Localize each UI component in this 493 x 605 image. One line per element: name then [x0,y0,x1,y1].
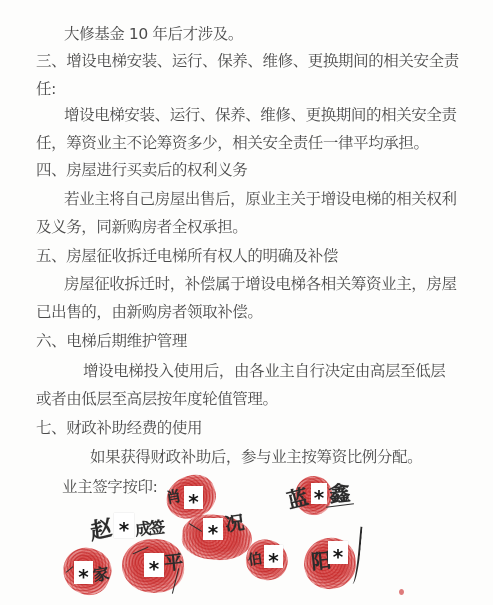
doc-line-clause5-body1: 房屋征收拆迁时，补偿属于增设电梯各相关筹资业主，房屋 [64,274,457,294]
doc-line-clause5-body2: 已出售的，由新购房者领取补偿。 [36,302,263,322]
censor-box: * [114,513,134,538]
censor-asterisk: * [208,528,218,538]
doc-line-clause4-body2: 及义务，同新购房者全权承担。 [36,217,247,237]
censor-box: * [328,541,348,564]
censor-box: * [311,483,327,504]
censor-asterisk: * [268,556,278,566]
fingerprint-seal-bottom-right: 阳 * [304,534,364,592]
censor-box: * [184,486,203,509]
censor-box: * [264,545,283,568]
doc-line-clause4-title: 四、房屋进行买卖后的权利义务 [36,160,247,180]
doc-line-clause3-title2: 任: [36,79,56,99]
signature-ink: 况 [223,508,246,537]
doc-line-clause6-body2: 或者由低层至高层按年度轮值管理。 [36,389,278,409]
ink-speck [399,589,404,595]
fingerprint-seal-bottom-left: * 家 [63,548,111,594]
signature-section-label: 业主签字按印: [62,477,157,497]
fingerprint-seal-top-right: 蓝 * 鑫 [292,476,358,518]
censor-asterisk: * [333,552,343,562]
doc-line-clause5-title: 五、房屋征收拆迁电梯所有权人的明确及补偿 [36,246,338,266]
censor-asterisk: * [119,525,129,535]
censor-asterisk: * [149,564,159,574]
doc-line-repair-fund: 大修基金 10 年后才涉及。 [64,24,243,44]
censor-asterisk: * [78,572,88,582]
fingerprint-seal-bottom-mid: 伯 * [246,540,290,580]
censor-box: * [203,518,223,540]
doc-line-clause3-body2: 任，筹资业主不论筹资多少，相关安全责任一律平均承担。 [36,133,429,153]
doc-line-clause6-body1: 增设电梯投入使用后，由各业主自行决定由高层至低层 [83,361,445,381]
fingerprint-seal-bottom-center: * 平 [122,539,184,593]
signature-ink: 赵 [89,510,114,546]
doc-line-clause3-body1: 增设电梯安装、运行、保养、维修、更换期间的相关安全责 [64,105,457,125]
doc-line-clause7-title: 七、财政补助经费的使用 [36,418,202,438]
doc-line-clause3-title: 三、增设电梯安装、运行、保养、维修、更换期间的相关安全责 [36,51,459,71]
censor-asterisk: * [314,493,324,503]
doc-line-clause6-title: 六、电梯后期维护管理 [36,331,187,351]
censor-box: * [74,561,93,584]
fingerprint-seal-top-center: 肖 * [166,476,216,518]
doc-line-clause4-body1: 若业主将自己房屋出售后，原业主关于增设电梯的相关权利 [64,189,457,209]
signature-ink: 成签 [134,515,164,541]
signature-ink: 伯 [247,548,264,570]
fingerprint-seal-mid-center: * 况 [182,513,254,561]
censor-asterisk: * [188,497,198,507]
document-page: 大修基金 10 年后才涉及。 三、增设电梯安装、运行、保养、维修、更换期间的相关… [0,0,493,605]
censor-box: * [144,553,164,577]
doc-line-clause7-body: 如果获得财政补助后，参与业主按筹资比例分配。 [90,447,422,467]
signature-ink: 平 [163,547,185,576]
